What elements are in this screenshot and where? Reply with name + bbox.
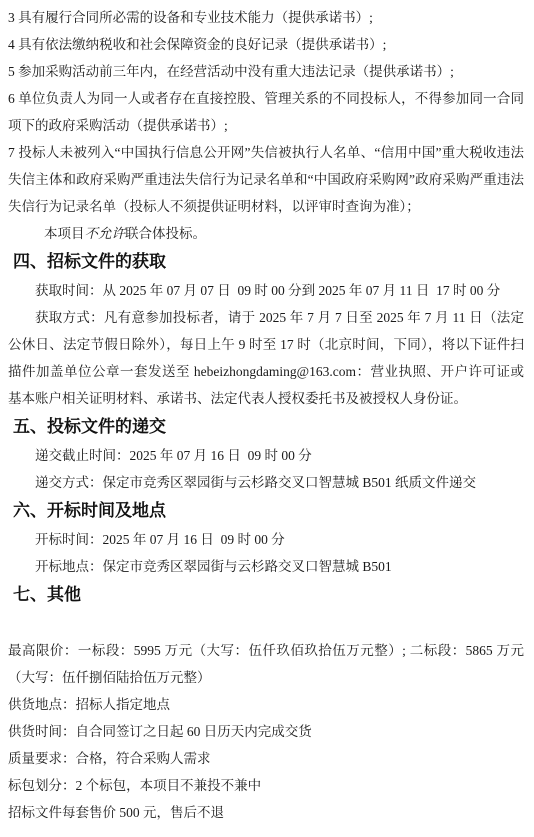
delivery-place-line: 供货地点：招标人指定地点 bbox=[8, 691, 524, 718]
opening-place-line: 开标地点：保定市竞秀区翠园街与云杉路交叉口智慧城 B501 bbox=[8, 553, 524, 580]
section-heading-submission: 五、投标文件的递交 bbox=[13, 412, 524, 442]
condition-item-4: 4 具有依法缴纳税收和社会保障资金的良好记录（提供承诺书）; bbox=[8, 31, 524, 58]
section-heading-other: 七、其他 bbox=[13, 580, 524, 610]
obtain-method-paragraph: 获取方式：凡有意参加投标者，请于 2025 年 7 月 7 日至 2025 年 … bbox=[8, 304, 524, 412]
tender-document-page: 3 具有履行合同所必需的设备和专业技术能力（提供承诺书）; 4 具有依法缴纳税收… bbox=[0, 0, 534, 837]
submission-method-line: 递交方式：保定市竞秀区翠园街与云杉路交叉口智慧城 B501 纸质文件递交 bbox=[8, 469, 524, 496]
blank-line bbox=[8, 610, 524, 637]
obtain-time-line: 获取时间：从 2025 年 07 月 07 日 09 时 00 分到 2025 … bbox=[8, 277, 524, 304]
submission-deadline-line: 递交截止时间：2025 年 07 月 16 日 09 时 00 分 bbox=[8, 442, 524, 469]
opening-time-line: 开标时间：2025 年 07 月 16 日 09 时 00 分 bbox=[8, 526, 524, 553]
delivery-time-line: 供货时间：自合同签订之日起 60 日历天内完成交货 bbox=[8, 718, 524, 745]
condition-item-6: 6 单位负责人为同一人或者存在直接控股、管理关系的不同投标人，不得参加同一合同项… bbox=[8, 85, 524, 139]
document-price-line: 招标文件每套售价 500 元，售后不退 bbox=[8, 799, 524, 826]
lot-division-line: 标包划分：2 个标包，本项目不兼投不兼中 bbox=[8, 772, 524, 799]
joint-bid-emphasis: 不允许 bbox=[85, 226, 126, 241]
condition-item-3: 3 具有履行合同所必需的设备和专业技术能力（提供承诺书）; bbox=[8, 4, 524, 31]
max-price-paragraph: 最高限价：一标段：5995 万元（大写：伍仟玖佰玖拾伍万元整）; 二标段：586… bbox=[8, 637, 524, 691]
joint-bid-suffix: 联合体投标。 bbox=[125, 226, 206, 241]
joint-bid-prefix: 本项目 bbox=[44, 226, 85, 241]
condition-item-5: 5 参加采购活动前三年内，在经营活动中没有重大违法记录（提供承诺书）; bbox=[8, 58, 524, 85]
quality-requirement-line: 质量要求：合格，符合采购人需求 bbox=[8, 745, 524, 772]
joint-bid-note: 本项目不允许联合体投标。 bbox=[8, 220, 524, 247]
section-heading-opening: 六、开标时间及地点 bbox=[13, 496, 524, 526]
section-heading-obtain: 四、招标文件的获取 bbox=[13, 247, 524, 277]
condition-item-7: 7 投标人未被列入“中国执行信息公开网”失信被执行人名单、“信用中国”重大税收违… bbox=[8, 139, 524, 220]
